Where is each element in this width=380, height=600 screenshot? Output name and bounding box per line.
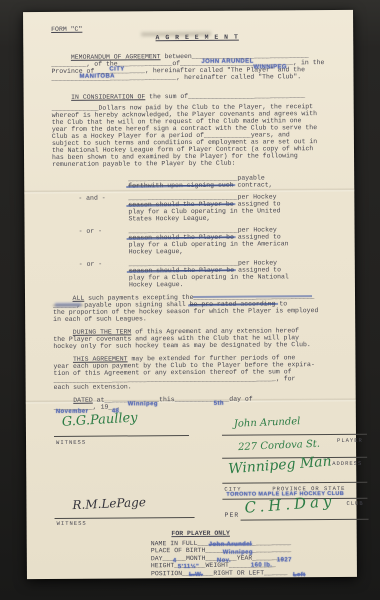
clause3-struck-text: season should the Player be bbox=[129, 234, 234, 242]
dated-place-stamp: Winnipeg bbox=[128, 401, 158, 408]
position-stamp: L.W. bbox=[189, 572, 203, 579]
city-word-stamp: CITY bbox=[109, 66, 124, 73]
clause4-label: - or - bbox=[53, 260, 129, 289]
weight-stamp: 160 lb. bbox=[251, 562, 273, 569]
clause1-after: contract, bbox=[234, 181, 273, 188]
clause4-line3: play for a Club operating in the Nationa… bbox=[129, 273, 289, 281]
clause2-label: - and - bbox=[52, 194, 128, 223]
right-left-blank: ______ bbox=[264, 569, 287, 576]
clause1-label bbox=[52, 175, 128, 190]
address-signature: 227 Cordova St. bbox=[238, 441, 320, 451]
birth-label: PLACE OF BIRTH bbox=[151, 547, 206, 554]
consideration-line: IN CONSIDERATION OF the sum of__________… bbox=[52, 92, 344, 101]
document-title-text: A G R E E M E N T bbox=[156, 34, 239, 42]
witness2-signature: R.M.LePage bbox=[72, 499, 146, 509]
all-payments-paragraph: ALL such payments excepting the_________… bbox=[53, 293, 345, 323]
sum-blank: ______________________________ bbox=[188, 92, 305, 100]
height-label: HEIGHT bbox=[151, 562, 174, 569]
birth-day-stamp: 4 bbox=[173, 558, 177, 565]
memorandum-paragraph: MEMORANDUM OF AGREEMENT between_________… bbox=[51, 52, 343, 82]
dollars-paragraph: ____________Dollars now paid by the Club… bbox=[52, 103, 344, 168]
clause4-body: ____________________________per Hockey s… bbox=[129, 259, 289, 288]
form-label-text: FORM "C" bbox=[51, 26, 82, 33]
clause1-struck-text: forthwith upon signing such bbox=[128, 182, 233, 190]
birth-year-stamp: 1927 bbox=[277, 557, 292, 564]
witness2-label: WITNESS bbox=[57, 520, 87, 527]
clause3-line3: play for a Club operating in the America… bbox=[129, 240, 289, 248]
dated-dayof: day of bbox=[229, 396, 252, 403]
document-title: A G R E E M E N T bbox=[51, 33, 343, 42]
consideration-indent bbox=[52, 94, 72, 101]
month-label: MONTH bbox=[186, 555, 206, 562]
clause1-body: ____________________________payable fort… bbox=[128, 174, 272, 189]
witness1-line bbox=[54, 435, 189, 437]
extension-line-5: each such extension. bbox=[54, 382, 346, 391]
dated-this: this bbox=[159, 396, 175, 403]
witness2-line bbox=[55, 517, 195, 519]
clause2-body: ____________________________per Hockey s… bbox=[128, 193, 280, 222]
winnipeg-stamp: WINNIPEG bbox=[253, 64, 287, 71]
player-label: PLAYER bbox=[337, 437, 363, 444]
illegible-stamp bbox=[55, 303, 81, 307]
clause2-line4: States Hockey League, bbox=[128, 215, 210, 223]
player-line bbox=[222, 434, 367, 436]
all-line-4: in each of such Leagues. bbox=[53, 314, 345, 323]
city-signature: Winnipeg Man bbox=[228, 458, 332, 473]
consideration-text: the sum of bbox=[145, 93, 188, 100]
witness1-signature: G.G.Paulley bbox=[62, 414, 138, 425]
clause3-line4: Hockey League, bbox=[129, 248, 184, 255]
birth-month-stamp: Nov. bbox=[217, 557, 231, 564]
right-left-label: RIGHT OR LEFT bbox=[213, 569, 264, 576]
player-signature: John Arundel bbox=[234, 418, 301, 428]
dated-day-stamp: 5th bbox=[214, 401, 224, 408]
day-label: DAY bbox=[151, 555, 163, 562]
witness1-label: WITNESS bbox=[56, 439, 86, 446]
payment-clause-ushl: - and - ____________________________per … bbox=[52, 193, 344, 223]
manitoba-stamp: MANITOBA bbox=[79, 73, 114, 80]
club-per-signature: C.H.Day bbox=[244, 498, 335, 512]
for-player-only-text: FOR PLAYER ONLY bbox=[171, 530, 230, 537]
payment-clause-nhl: - or - ____________________________per H… bbox=[53, 259, 345, 289]
name-stamp: John Arundel bbox=[209, 542, 252, 549]
payment-clause-ahl: - or - ____________________________per H… bbox=[53, 226, 345, 256]
form-label: FORM "C" bbox=[51, 24, 343, 33]
height-stamp: 5'11½" bbox=[178, 564, 199, 571]
player-details-block: NAME IN FULL________________________ PLA… bbox=[151, 539, 347, 577]
club-label: CLUB bbox=[346, 500, 363, 507]
contract-paper: FORM "C" A G R E E M E N T MEMORANDUM OF… bbox=[23, 10, 357, 579]
during-term-paragraph: DURING THE TERM of this Agreement and an… bbox=[53, 327, 345, 350]
clause3-body: ____________________________per Hockey s… bbox=[129, 226, 289, 255]
clause4-line4: Hockey League. bbox=[129, 281, 184, 288]
consideration-heading: IN CONSIDERATION OF bbox=[71, 93, 145, 101]
address-label: ADDRESS bbox=[332, 460, 362, 467]
dated-line-2: __________, 19__. bbox=[54, 402, 346, 411]
shoots-stamp: Left bbox=[293, 572, 306, 579]
extension-paragraph: THIS AGREEMENT may be extended for furth… bbox=[53, 354, 345, 391]
for-player-only-heading: FOR PLAYER ONLY bbox=[55, 529, 347, 538]
per-line bbox=[241, 519, 369, 521]
pro-rated-struck-text: be pro rated according bbox=[190, 300, 276, 308]
clause4-struck-text: season should the Player be bbox=[129, 267, 234, 275]
city-line bbox=[222, 482, 367, 484]
per-label: PER bbox=[225, 512, 240, 519]
payment-clause-signing: ____________________________payable fort… bbox=[52, 174, 344, 190]
signature-block: G.G.Paulley WITNESS John Arundel PLAYER … bbox=[54, 415, 347, 527]
name-label: NAME IN FULL bbox=[151, 540, 198, 547]
during-line-3: hockey only for such hockey team as may … bbox=[53, 341, 345, 350]
player-name-stamp: JOHN ARUNDEL bbox=[201, 58, 253, 65]
birthplace-stamp: Winnipeg bbox=[223, 550, 253, 557]
clause3-label: - or - bbox=[53, 227, 129, 256]
dated-19: , 19 bbox=[93, 404, 109, 411]
clause2-struck-text: season should the Player be bbox=[128, 201, 233, 209]
